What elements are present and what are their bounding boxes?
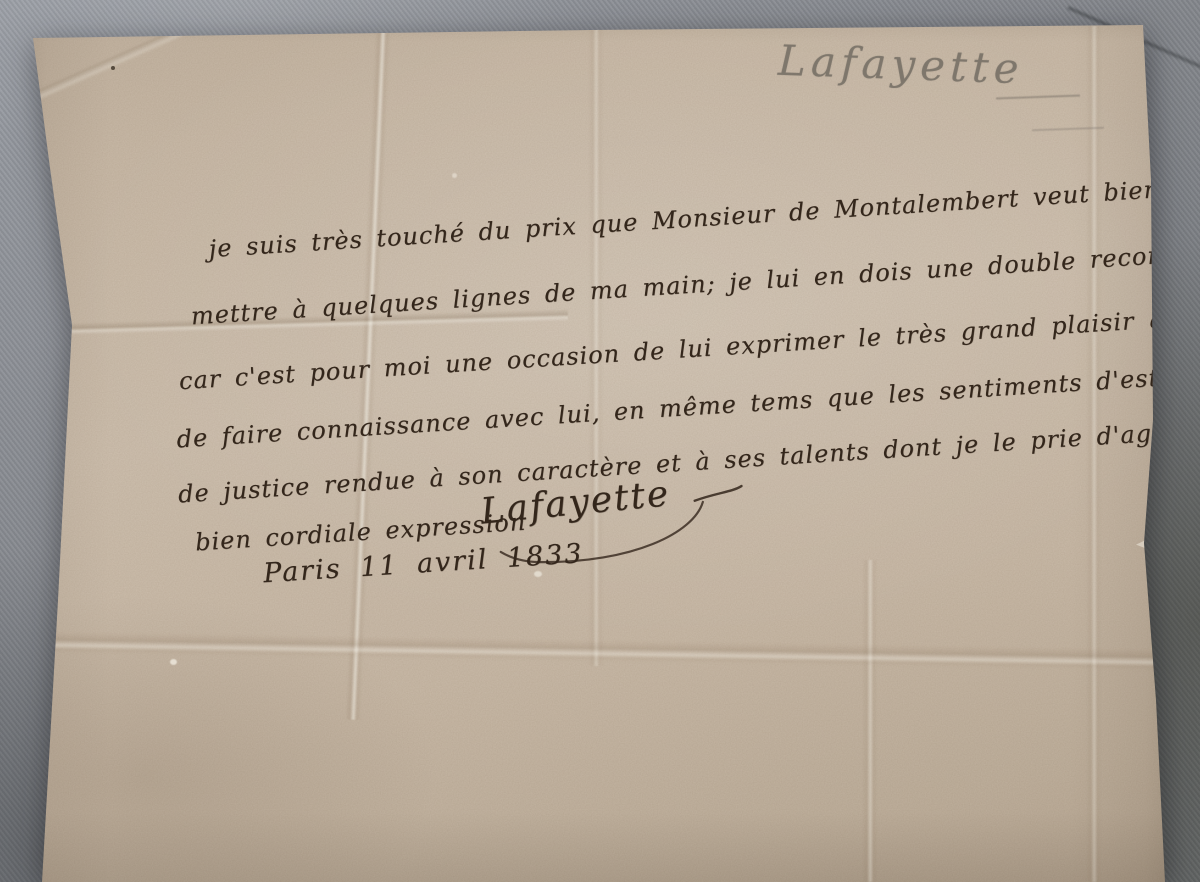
paper-speck [111,66,115,70]
pencil-annotation: Lafayette [777,36,1024,94]
photo-of-letter: Lafayette je suis très touché du prix qu… [0,0,1200,882]
paper-fleck [170,659,177,665]
letter-body: je suis très touché du prix que Monsieur… [162,175,1196,658]
paper-fleck [452,173,457,178]
letter-paper: Lafayette je suis très touché du prix qu… [0,0,1200,882]
letter-paper-wrapper: Lafayette je suis très touché du prix qu… [0,0,1200,882]
